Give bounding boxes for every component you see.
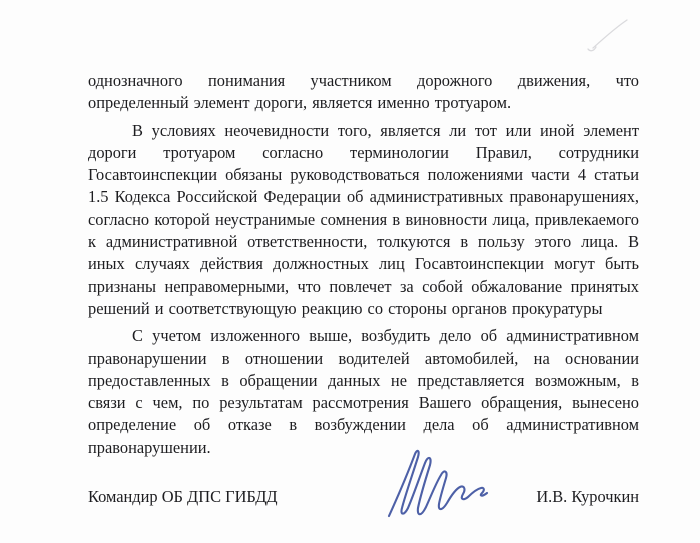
- signature-block: Командир ОБ ДПС ГИБДД И.В. Курочкин: [88, 487, 639, 507]
- handwritten-signature-icon: [379, 448, 491, 522]
- scanned-letter-page: однозначного понимания участником дорожн…: [0, 0, 700, 543]
- signer-name: И.В. Курочкин: [536, 487, 639, 507]
- signer-position-title: Командир ОБ ДПС ГИБДД: [88, 487, 278, 507]
- pencil-mark: [583, 14, 643, 59]
- paragraph-conclusion: С учетом изложенного выше, возбудить дел…: [88, 325, 639, 459]
- letter-body: однозначного понимания участником дорожн…: [88, 70, 639, 459]
- paragraph-continuation: однозначного понимания участником дорожн…: [88, 70, 639, 115]
- pencil-mark-stroke: [588, 20, 627, 51]
- paragraph-legal-basis: В условиях неочевидности того, является …: [88, 120, 639, 321]
